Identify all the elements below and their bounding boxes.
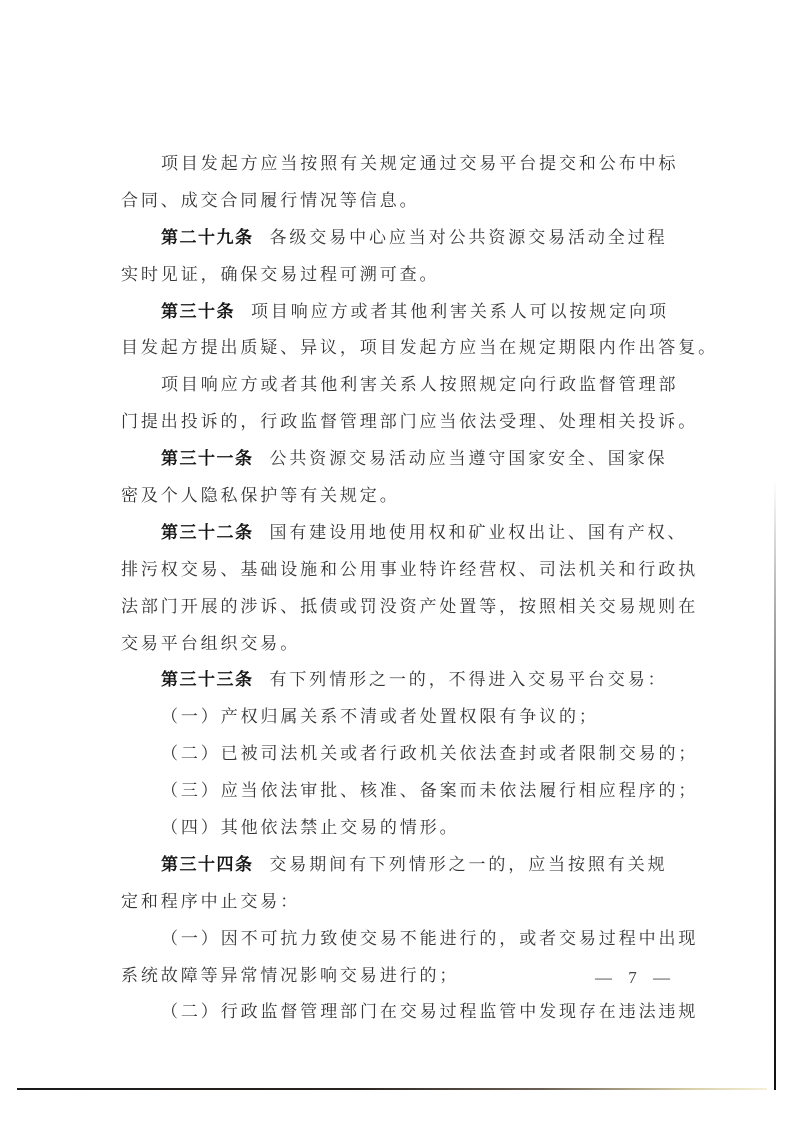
body-text: 项目发起方应当按照有关规定通过交易平台提交和公布中标 合同、成交合同履行情况等信… (121, 146, 683, 1031)
article-31: 第三十一条公共资源交易活动应当遵守国家安全、国家保 (121, 441, 683, 478)
line-text: 排污权交易、基础设施和公用事业特许经营权、司法机关和行政执 (121, 560, 698, 580)
article-title: 第三十二条 (161, 523, 254, 543)
article-33: 第三十三条有下列情形之一的，不得进入交易平台交易： (121, 662, 683, 699)
line-text: 国有建设用地使用权和矿业权出让、国有产权、 (270, 523, 688, 543)
list-item: （一）因不可抗力致使交易不能进行的，或者交易过程中出现 (121, 921, 683, 958)
article-32: 第三十二条国有建设用地使用权和矿业权出让、国有产权、 (121, 515, 683, 552)
line-text: 系统故障等异常情况影响交易进行的； (121, 966, 459, 986)
line-text: 各级交易中心应当对公共资源交易活动全过程 (270, 228, 668, 248)
article-title: 第三十一条 (161, 449, 254, 469)
scan-edge-bottom-divider (17, 1088, 767, 1090)
line-text: 目发起方提出质疑、异议，项目发起方应当在规定期限内作出答复。 (121, 338, 718, 358)
list-item: （二）已被司法机关或者行政机关依法查封或者限制交易的； (121, 736, 683, 773)
line-text: （一）因不可抗力致使交易不能进行的，或者交易过程中出现 (161, 929, 698, 949)
text-line: 密及个人隐私保护等有关规定。 (121, 478, 683, 515)
article-title: 第三十条 (161, 302, 235, 322)
line-text: （二）行政监督管理部门在交易过程监管中发现存在违法违规 (161, 1002, 698, 1022)
line-text: 法部门开展的涉诉、抵债或罚没资产处置等，按照相关交易规则在 (121, 597, 698, 617)
scan-edge-right-divider (774, 480, 776, 1090)
document-page: 项目发起方应当按照有关规定通过交易平台提交和公布中标 合同、成交合同履行情况等信… (0, 0, 793, 1122)
line-text: 有下列情形之一的，不得进入交易平台交易： (270, 670, 668, 690)
page-number: — 7 — (595, 968, 671, 988)
list-item: （四）其他依法禁止交易的情形。 (121, 810, 683, 847)
article-title: 第三十三条 (161, 670, 254, 690)
text-line: 项目响应方或者其他利害关系人按照规定向行政监督管理部 (121, 367, 683, 404)
article-29: 第二十九条各级交易中心应当对公共资源交易活动全过程 (121, 220, 683, 257)
text-line: 目发起方提出质疑、异议，项目发起方应当在规定期限内作出答复。 (121, 330, 683, 367)
list-item: （二）行政监督管理部门在交易过程监管中发现存在违法违规 (121, 994, 683, 1031)
line-text: 项目响应方或者其他利害关系人可以按规定向项 (251, 302, 669, 322)
list-item: （一）产权归属关系不清或者处置权限有争议的； (121, 699, 683, 736)
list-item: （三）应当依法审批、核准、备案而未依法履行相应程序的； (121, 773, 683, 810)
line-text: 密及个人隐私保护等有关规定。 (121, 486, 400, 506)
line-text: 门提出投诉的，行政监督管理部门应当依法受理、处理相关投诉。 (121, 412, 698, 432)
text-line: 合同、成交合同履行情况等信息。 (121, 183, 683, 220)
line-text: 实时见证，确保交易过程可溯可查。 (121, 265, 439, 285)
text-line: 项目发起方应当按照有关规定通过交易平台提交和公布中标 (121, 146, 683, 183)
line-text: 项目发起方应当按照有关规定通过交易平台提交和公布中标 (161, 154, 678, 174)
line-text: 交易期间有下列情形之一的，应当按照有关规 (270, 855, 668, 875)
line-text: 交易平台组织交易。 (121, 634, 300, 654)
line-text: （三）应当依法审批、核准、备案而未依法履行相应程序的； (161, 781, 698, 801)
text-line: 排污权交易、基础设施和公用事业特许经营权、司法机关和行政执 (121, 552, 683, 589)
line-text: 定和程序中止交易： (121, 892, 300, 912)
line-text: 合同、成交合同履行情况等信息。 (121, 191, 420, 211)
line-text: （一）产权归属关系不清或者处置权限有争议的； (161, 707, 599, 727)
text-line: 实时见证，确保交易过程可溯可查。 (121, 257, 683, 294)
text-line: 定和程序中止交易： (121, 884, 683, 921)
line-text: 项目响应方或者其他利害关系人按照规定向行政监督管理部 (161, 375, 678, 395)
article-30: 第三十条项目响应方或者其他利害关系人可以按规定向项 (121, 294, 683, 331)
article-34: 第三十四条交易期间有下列情形之一的，应当按照有关规 (121, 847, 683, 884)
text-line: 交易平台组织交易。 (121, 626, 683, 663)
article-title: 第三十四条 (161, 855, 254, 875)
line-text: （二）已被司法机关或者行政机关依法查封或者限制交易的； (161, 744, 698, 764)
line-text: 公共资源交易活动应当遵守国家安全、国家保 (270, 449, 668, 469)
article-title: 第二十九条 (161, 228, 254, 248)
line-text: （四）其他依法禁止交易的情形。 (161, 818, 460, 838)
text-line: 门提出投诉的，行政监督管理部门应当依法受理、处理相关投诉。 (121, 404, 683, 441)
text-line: 法部门开展的涉诉、抵债或罚没资产处置等，按照相关交易规则在 (121, 589, 683, 626)
